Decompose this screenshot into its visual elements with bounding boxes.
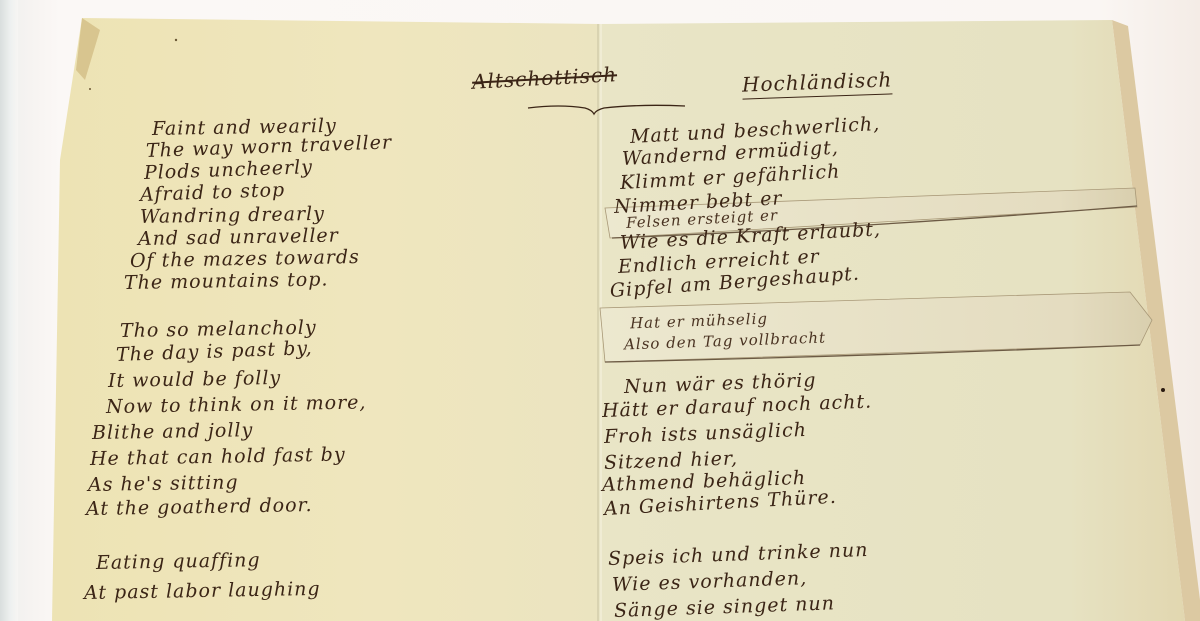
poem-line: The mountains top. bbox=[124, 268, 329, 294]
poem-line: At past labor laughing bbox=[84, 578, 321, 604]
manuscript-photo: Altschottisch Hochländisch Faint and wea… bbox=[0, 0, 1200, 621]
poem-line: At the goatherd door. bbox=[86, 494, 313, 520]
poem-line: He that can hold fast by bbox=[90, 444, 346, 470]
manuscript-sheet: Altschottisch Hochländisch Faint and wea… bbox=[0, 0, 1200, 621]
heading: Hochländisch bbox=[742, 67, 893, 96]
paper-shape bbox=[0, 0, 1200, 621]
poem-line: Eating quaffing bbox=[96, 549, 261, 574]
poem-line: As he's sitting bbox=[88, 471, 239, 496]
poem-line: Blithe and jolly bbox=[92, 419, 254, 444]
poem-line: Now to think on it more, bbox=[106, 391, 367, 418]
heading-text: Hochländisch bbox=[742, 67, 893, 99]
poem-line: It would be folly bbox=[108, 367, 282, 392]
